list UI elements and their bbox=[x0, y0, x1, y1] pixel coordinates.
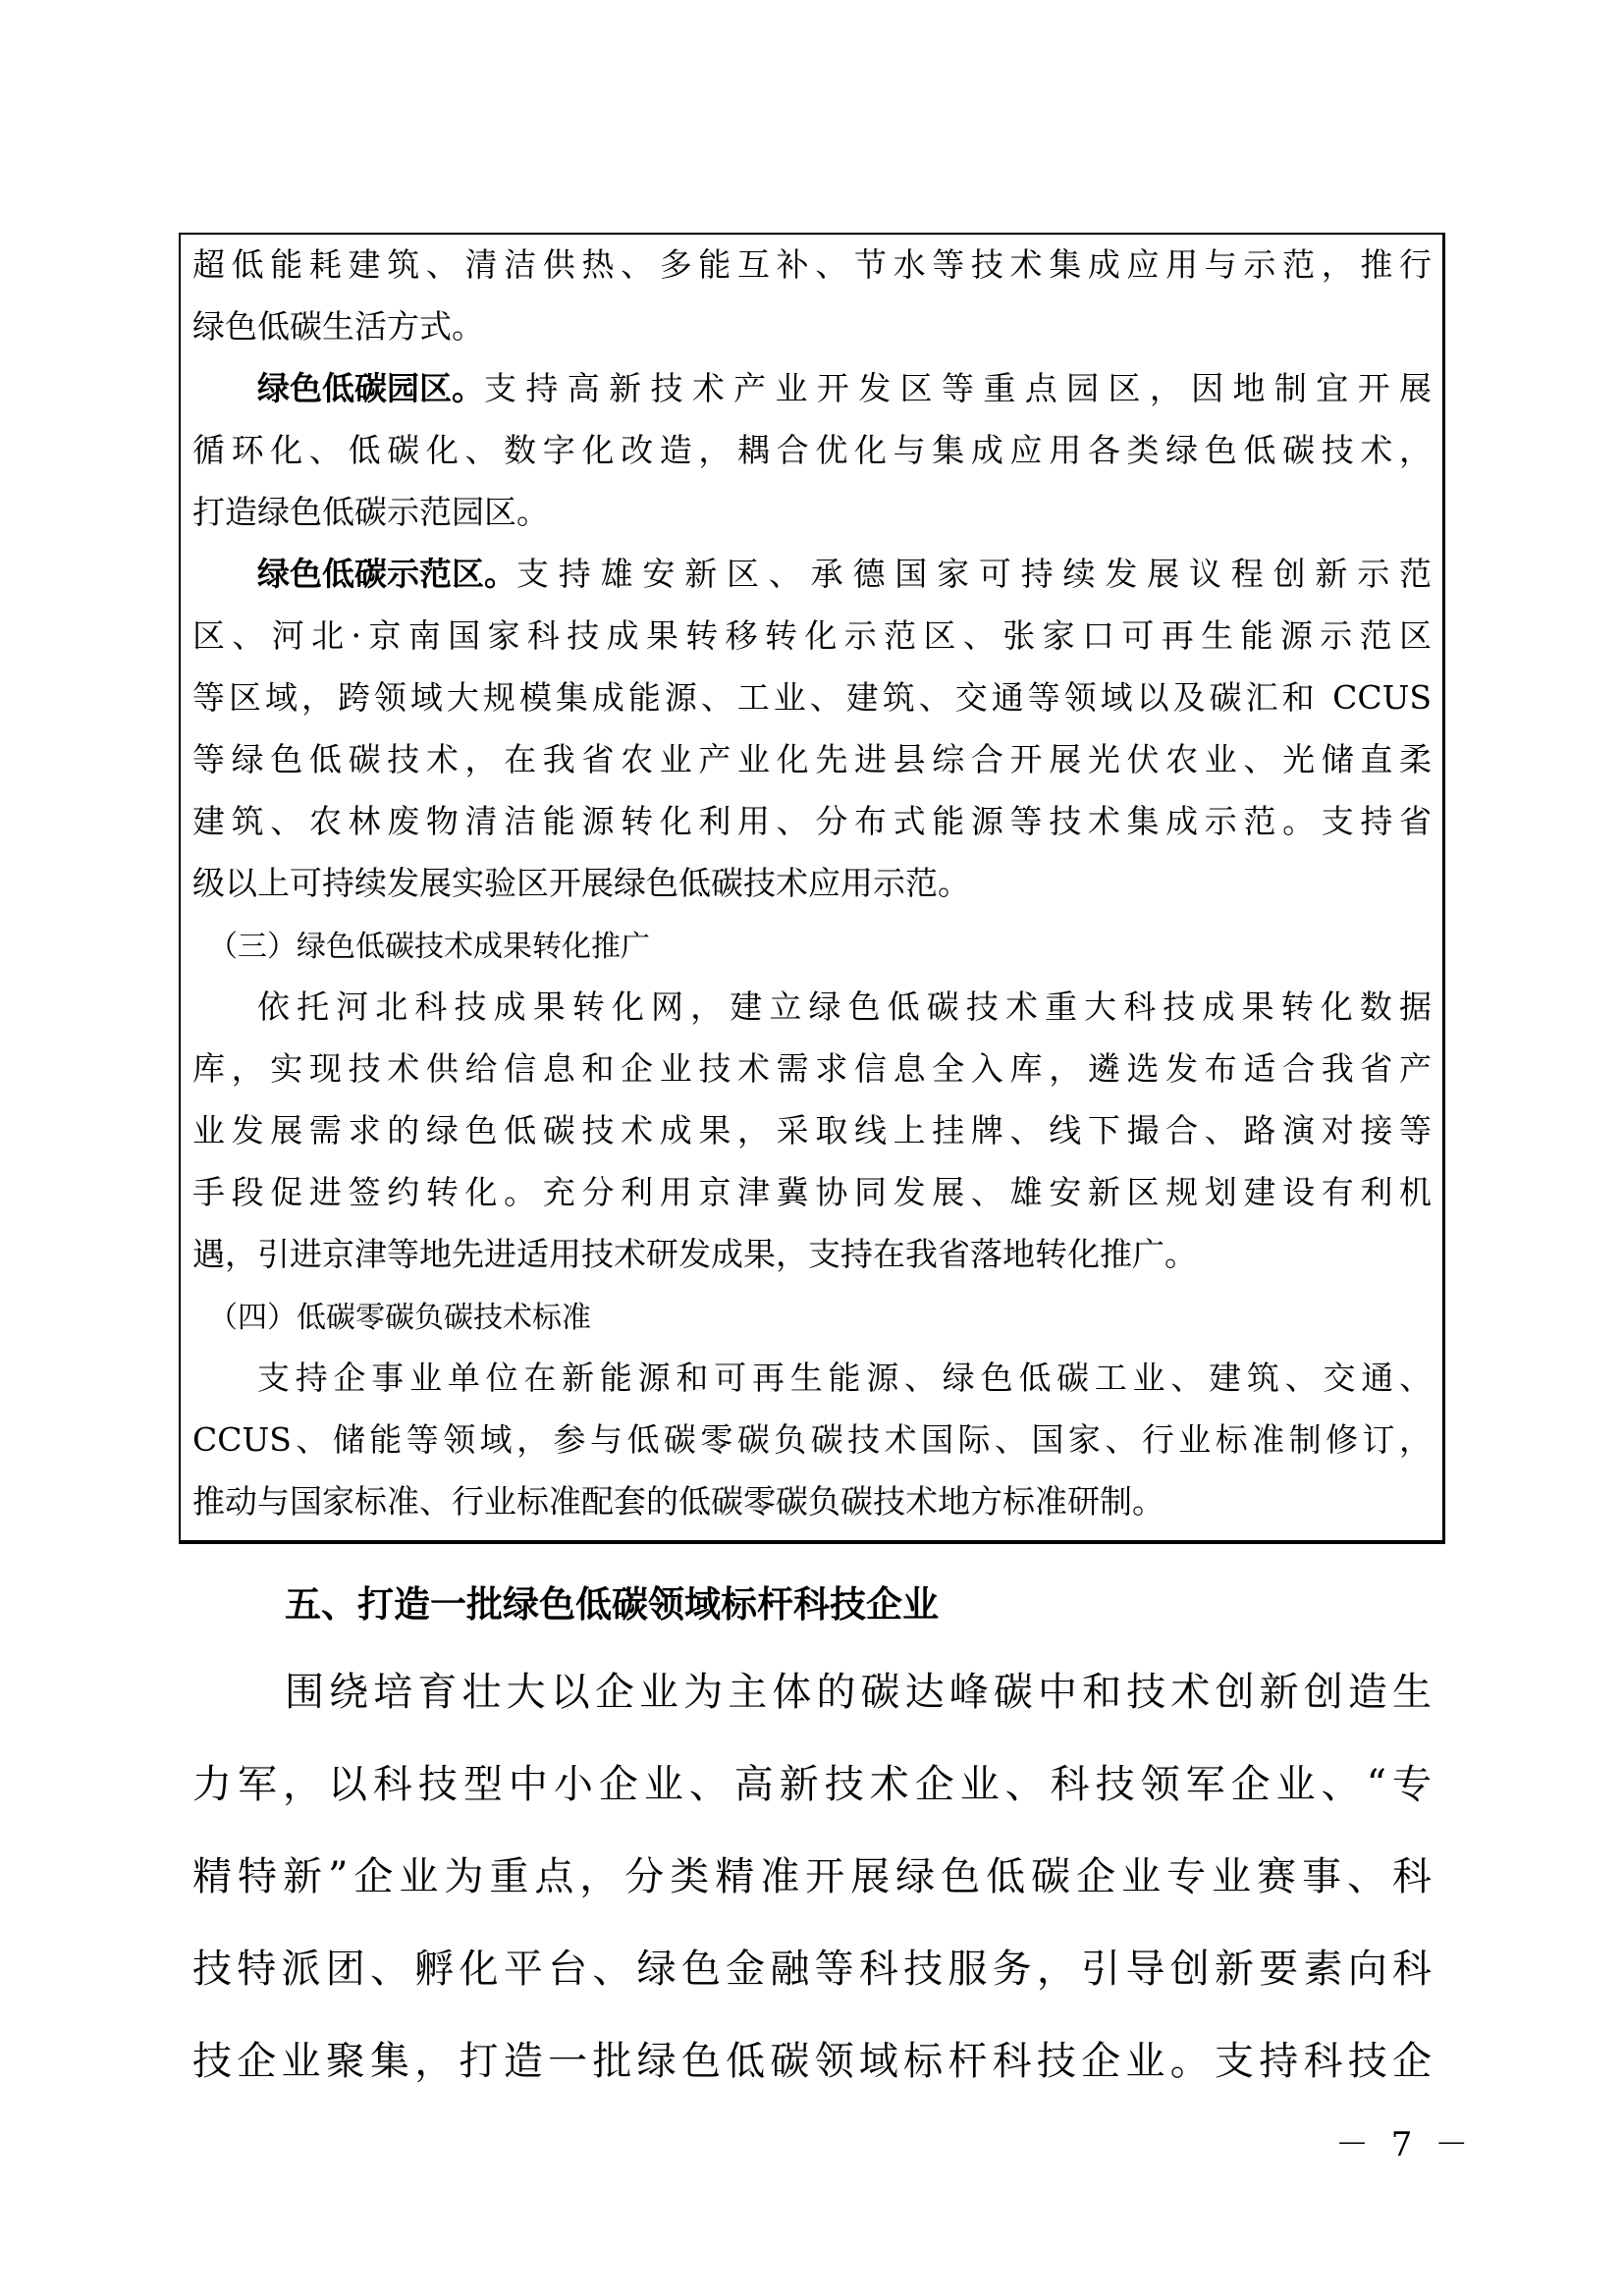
section-5-heading: 五、打造一批绿色低碳领域标杆科技企业 bbox=[285, 1583, 939, 1627]
subsection-4-title: （四）低碳零碳负碳技术标准 bbox=[208, 1299, 591, 1338]
p3-lead-term: 绿色低碳示范区。 bbox=[257, 555, 516, 594]
section5-line-1: 围绕培育壮大以企业为主体的碳达峰碳中和技术创新创造生 bbox=[285, 1669, 1432, 1716]
box-p1-line-2: 绿色低碳生活方式。 bbox=[192, 307, 484, 347]
section5-line-5: 技企业聚集，打造一批绿色低碳领域标杆科技企业。支持科技企 bbox=[192, 2038, 1432, 2085]
page-number: － 7 － bbox=[1335, 2125, 1468, 2164]
sub3-line-2: 库，实现技术供给信息和企业技术需求信息全入库，遴选发布适合我省产 bbox=[192, 1049, 1432, 1089]
subsection-3-title: （三）绿色低碳技术成果转化推广 bbox=[208, 928, 650, 967]
p2-line1-rest: 支持高新技术产业开发区等重点园区，因地制宜开展 bbox=[484, 369, 1432, 408]
box-p2-line-1: 绿色低碳园区。 支持高新技术产业开发区等重点园区，因地制宜开展 bbox=[257, 369, 1432, 408]
sub3-line-5: 遇，引进京津等地先进适用技术研发成果，支持在我省落地转化推广。 bbox=[192, 1235, 1197, 1274]
section5-line-2: 力军，以科技型中小企业、高新技术企业、科技领军企业、“专 bbox=[192, 1761, 1432, 1808]
sub3-line-4: 手段促进签约转化。充分利用京津冀协同发展、雄安新区规划建设有利机 bbox=[192, 1173, 1432, 1212]
sub4-line-1: 支持企事业单位在新能源和可再生能源、绿色低碳工业、建筑、交通、 bbox=[257, 1359, 1432, 1398]
box-p1-line-1: 超低能耗建筑、清洁供热、多能互补、节水等技术集成应用与示范，推行 bbox=[192, 245, 1432, 285]
box-p3-line-4: 等绿色低碳技术，在我省农业产业化先进县综合开展光伏农业、光储直柔 bbox=[192, 740, 1432, 779]
section5-line-3: 精特新”企业为重点，分类精准开展绿色低碳企业专业赛事、科 bbox=[192, 1853, 1432, 1900]
box-p3-line-5: 建筑、农林废物清洁能源转化利用、分布式能源等技术集成示范。支持省 bbox=[192, 802, 1432, 841]
box-p2-line-2: 循环化、低碳化、数字化改造，耦合优化与集成应用各类绿色低碳技术， bbox=[192, 431, 1432, 470]
box-p3-line-3: 等区域，跨领域大规模集成能源、工业、建筑、交通等领域以及碳汇和 CCUS bbox=[192, 678, 1432, 718]
p3-line1-rest: 支持雄安新区、承德国家可持续发展议程创新示范 bbox=[516, 555, 1432, 594]
box-p3-line-1: 绿色低碳示范区。 支持雄安新区、承德国家可持续发展议程创新示范 bbox=[257, 555, 1432, 594]
sub4-line-2: CCUS、储能等领域，参与低碳零碳负碳技术国际、国家、行业标准制修订， bbox=[192, 1420, 1432, 1460]
sub3-line-1: 依托河北科技成果转化网，建立绿色低碳技术重大科技成果转化数据 bbox=[257, 988, 1432, 1027]
box-p3-line-6: 级以上可持续发展实验区开展绿色低碳技术应用示范。 bbox=[192, 864, 970, 903]
box-p3-line-2: 区、河北·京南国家科技成果转移转化示范区、张家口可再生能源示范区 bbox=[192, 616, 1432, 656]
sub3-line-3: 业发展需求的绿色低碳技术成果，采取线上挂牌、线下撮合、路演对接等 bbox=[192, 1111, 1432, 1150]
section5-line-4: 技特派团、孵化平台、绿色金融等科技服务，引导创新要素向科 bbox=[192, 1946, 1432, 1993]
sub4-line-3: 推动与国家标准、行业标准配套的低碳零碳负碳技术地方标准研制。 bbox=[192, 1482, 1164, 1522]
p2-lead-term: 绿色低碳园区。 bbox=[257, 369, 484, 408]
box-p2-line-3: 打造绿色低碳示范园区。 bbox=[192, 493, 549, 532]
